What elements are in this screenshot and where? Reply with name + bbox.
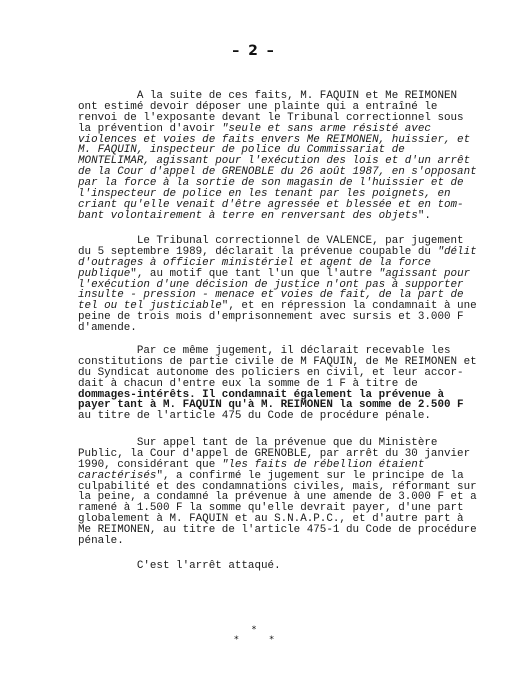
text-run: ". [418, 210, 431, 222]
text-line: Me REIMONEN, au titre de l'article 475-1… [78, 525, 502, 536]
text-line: au titre de l'article 475 du Code de pro… [78, 411, 502, 422]
text-run: Me REIMONEN, au titre de l'article 475-1… [78, 524, 477, 536]
paragraph-facts: A la suite de ces faits, M. FAQUIN et Me… [78, 91, 502, 222]
paragraph-tribunal-judgment: Le Tribunal correctionnel de VALENCE, pa… [78, 236, 502, 334]
text-line: bant volontairement à terre en renversan… [78, 211, 502, 222]
text-run: "délit [437, 246, 476, 258]
paragraph-appeal: Sur appel tant de la prévenue que du Min… [78, 438, 502, 547]
text-line: pénale. [78, 536, 502, 547]
text-line: peine de trois mois d'emprisonnement ave… [78, 312, 502, 323]
paragraph-civil-parties: Par ce même jugement, il déclarait recev… [78, 346, 502, 422]
separator-stars-bottom: * * [14, 635, 508, 645]
section-separator: * * * [0, 625, 508, 645]
separator-star-top: * [0, 625, 508, 635]
text-run: C'est l'arrêt attaqué. [78, 560, 281, 572]
text-run: bant volontairement à terre en renversan… [78, 210, 418, 222]
text-run: au titre de l'article 475 du Code de pro… [78, 410, 431, 422]
page-number: – 2 – [0, 43, 508, 59]
text-line: C'est l'arrêt attaqué. [78, 561, 502, 572]
text-run: pénale. [78, 535, 124, 547]
paragraph-conclusion: C'est l'arrêt attaqué. [78, 561, 502, 572]
text-run: d'amende. [78, 322, 137, 334]
text-line: d'amende. [78, 323, 502, 334]
